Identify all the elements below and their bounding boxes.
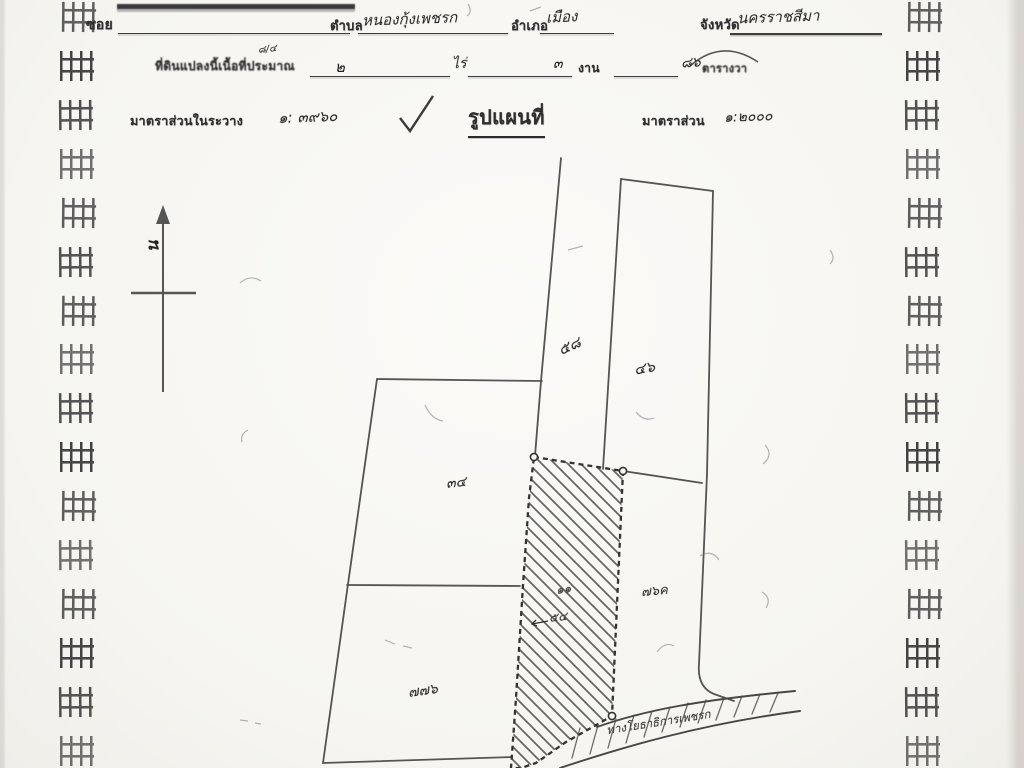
north-arrow-icon: [131, 205, 196, 392]
check-mark-icon: [400, 96, 433, 131]
boundary-marker-icon: [608, 712, 615, 719]
scanned-survey-document: ซอย ตำบล หนองกุ้งเพชรก อำเภอ เมือง จังหว…: [0, 0, 1024, 768]
boundary-marker-icon: [530, 453, 537, 460]
survey-map-drawing: [0, 0, 1024, 768]
measurement-arc-stroke: [690, 51, 758, 66]
subject-parcel-hatched: [511, 453, 627, 768]
boundary-marker-icon: [619, 467, 626, 474]
